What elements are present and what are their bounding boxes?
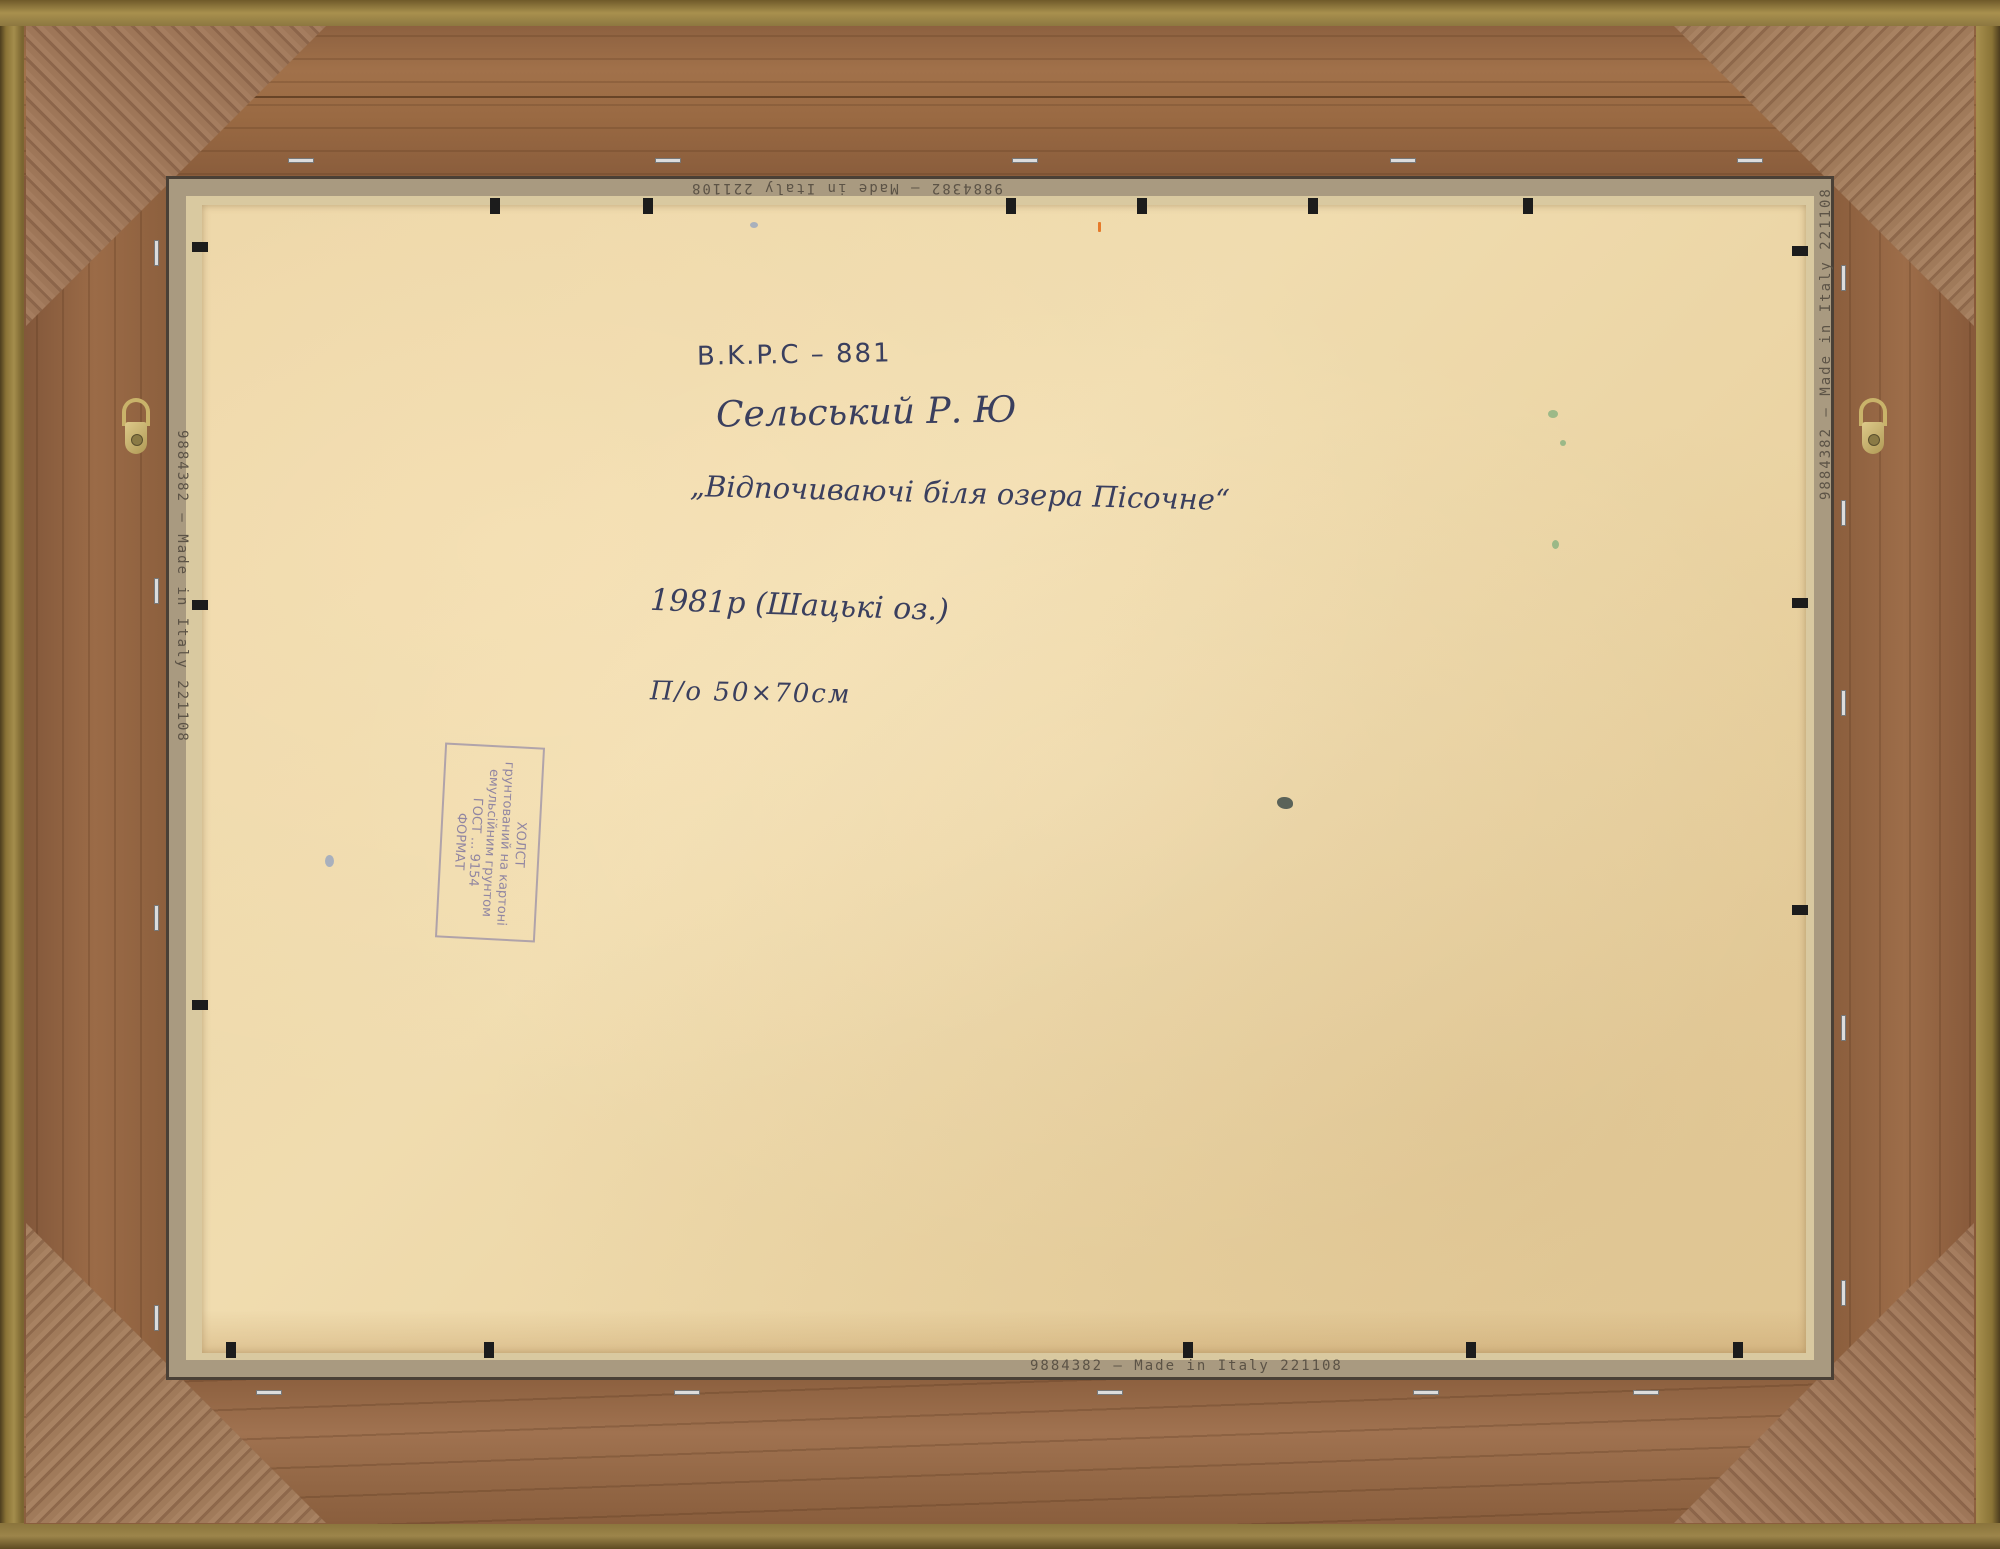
frame-staple [1841, 500, 1846, 526]
frame-staple [154, 1305, 159, 1331]
frame-staple [154, 578, 159, 604]
inventory-code: B.K.P.C – 881 [697, 338, 892, 371]
screw-icon [131, 434, 143, 446]
frame-gilded-edge-bottom [0, 1523, 2000, 1549]
retaining-clip [192, 600, 208, 610]
frame-staple [1737, 158, 1763, 163]
retaining-clip [192, 242, 208, 252]
frame-staple [674, 1390, 700, 1395]
retaining-clip [1792, 246, 1808, 256]
retaining-clip [226, 1342, 236, 1358]
retaining-clip [643, 198, 653, 214]
paint-stain [1277, 797, 1293, 809]
board-seam [230, 96, 1750, 98]
retaining-clip [1466, 1342, 1476, 1358]
retaining-clip [1792, 905, 1808, 915]
retaining-clip [484, 1342, 494, 1358]
frame-board-right [1834, 176, 1976, 1372]
stamp-text: ХОЛСТ грунтований на картоні емульсійним… [448, 759, 531, 927]
frame-staple [1097, 1390, 1123, 1395]
frame-staple [1841, 690, 1846, 716]
liner-print-left: 9884382 – Made in Italy 221108 [174, 430, 190, 743]
frame-staple [1841, 1280, 1846, 1306]
retaining-clip [1733, 1342, 1743, 1358]
frame-staple [1633, 1390, 1659, 1395]
liner-print-top: 9884382 – Made in Italy 221108 [690, 180, 1003, 196]
frame-staple [288, 158, 314, 163]
retaining-clip [490, 198, 500, 214]
medium-size: П/о 50×70см [650, 676, 852, 710]
frame-staple [1012, 158, 1038, 163]
d-ring-hanger-right-icon [1856, 398, 1890, 456]
frame-staple [1390, 158, 1416, 163]
paint-fleck [1548, 410, 1558, 418]
liner-print-right: 9884382 – Made in Italy 221108 [1818, 187, 1834, 500]
liner-print-bottom: 9884382 – Made in Italy 221108 [1030, 1358, 1343, 1374]
frame-board-bottom [24, 1372, 1976, 1524]
retaining-clip [192, 1000, 208, 1010]
canvas-stamp: ХОЛСТ грунтований на картоні емульсійним… [435, 743, 545, 943]
paint-fleck [1560, 440, 1566, 446]
d-ring-hanger-left-icon [119, 398, 153, 456]
frame-staple [1841, 265, 1846, 291]
paint-fleck [1098, 222, 1101, 232]
frame-staple [1413, 1390, 1439, 1395]
frame-board-top [24, 26, 1976, 176]
frame-board-left [24, 176, 166, 1372]
paint-fleck [750, 222, 758, 228]
retaining-clip [1523, 198, 1533, 214]
retaining-clip [1137, 198, 1147, 214]
frame-staple [154, 905, 159, 931]
retaining-clip [1792, 598, 1808, 608]
paint-fleck [1552, 540, 1559, 549]
retaining-clip [1308, 198, 1318, 214]
screw-icon [1868, 434, 1880, 446]
frame-staple [154, 240, 159, 266]
retaining-clip [1183, 1342, 1193, 1358]
frame-staple [655, 158, 681, 163]
backing-edge-stain [202, 1310, 1806, 1353]
retaining-clip [1006, 198, 1016, 214]
paint-fleck [325, 855, 334, 867]
frame-staple [256, 1390, 282, 1395]
artist-name: Сельський Р. Ю [716, 389, 1017, 435]
frame-staple [1841, 1015, 1846, 1041]
frame-gilded-edge-top [0, 0, 2000, 26]
